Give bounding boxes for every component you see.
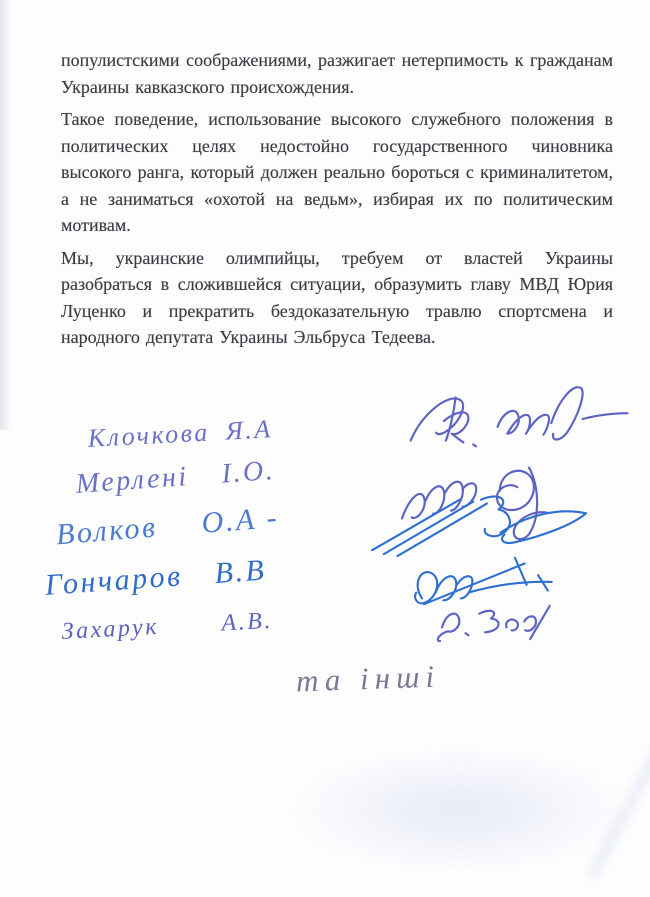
ink-bleed-streak: [588, 720, 650, 878]
signature-flourish-5: [426, 600, 554, 645]
letter-body: популистскими соображениями, разжигает н…: [61, 47, 613, 357]
signatory-initials: А.В.: [221, 608, 274, 638]
signatory-row-zakharuk: Захарук А.В.: [61, 601, 403, 663]
signatory-surname: Гончаров: [44, 559, 184, 603]
scan-edge-shadow: [0, 0, 12, 430]
signature-flourish-3: [366, 488, 599, 558]
signatory-initials: О.А -: [200, 501, 280, 541]
signatory-surname: Волков: [55, 510, 159, 552]
signatory-initials: І.О.: [221, 455, 277, 491]
and-others-note: та інші: [295, 658, 440, 699]
signatory-surname: Захарук: [61, 614, 160, 646]
scanned-letter-page: популистскими соображениями, разжигает н…: [0, 0, 650, 897]
paragraph-2: Такое поведение, использование высокого …: [61, 106, 613, 239]
paragraph-1: популистскими соображениями, разжигает н…: [61, 47, 613, 100]
paragraph-3: Мы, украинские олимпийцы, требуем от вла…: [61, 245, 613, 351]
signatory-surname: Клочкова: [87, 418, 210, 454]
signatory-initials: В.В: [213, 553, 267, 591]
signatory-surname: Мерлені: [75, 461, 190, 501]
ink-bleed-smudge: [290, 745, 630, 875]
signatory-initials: Я.А: [225, 414, 273, 446]
